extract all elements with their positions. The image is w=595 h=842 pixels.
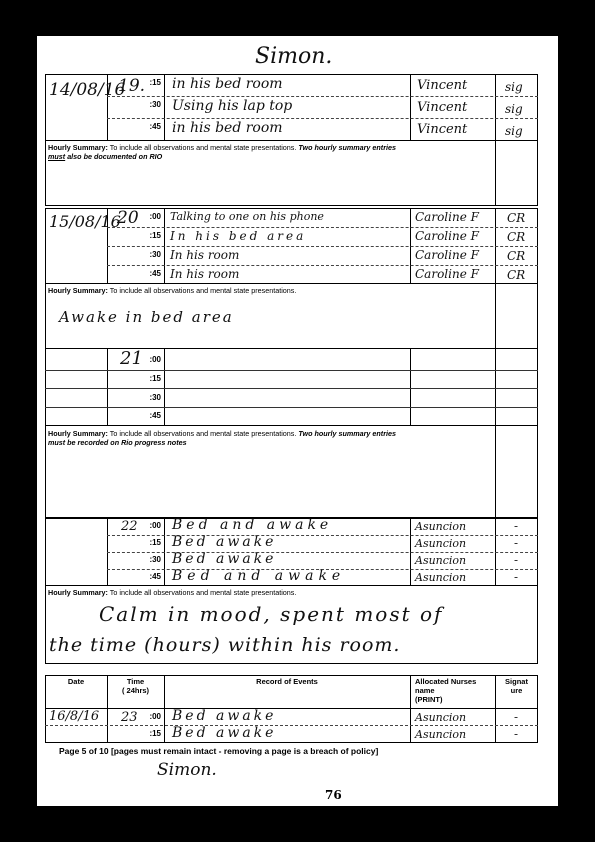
hourly-summary-rio-note: must also be documented on RIO xyxy=(48,152,162,161)
hourly-summary-entry-line2: the time (hours) within his room. xyxy=(49,634,400,656)
nurse-name: Asuncion xyxy=(415,711,466,724)
nurse-name: Asuncion xyxy=(415,554,466,567)
hourly-summary-label: Hourly Summary: To include all observati… xyxy=(48,143,396,152)
patient-name-bottom: Simon. xyxy=(157,760,217,780)
nurse-name: Caroline F xyxy=(415,210,479,224)
event-entry: Bed awake xyxy=(172,534,276,550)
signature: CR xyxy=(507,268,525,282)
event-entry: Bed and awake xyxy=(172,568,345,584)
event-entry: Talking to one on his phone xyxy=(170,210,324,223)
signature: - xyxy=(514,519,518,533)
event-entry: In his room xyxy=(170,267,239,281)
event-entry: Bed awake xyxy=(172,551,276,567)
event-entry: In his room xyxy=(170,248,239,262)
block-23-date: 16/8/16 xyxy=(49,709,99,724)
observation-chart-page: Simon. 14/08/16 19. :15 :30 :45 in his b… xyxy=(37,36,558,806)
signature: sig xyxy=(505,102,523,116)
signature: sig xyxy=(505,80,523,94)
nurse-name: Caroline F xyxy=(415,229,479,243)
column-header-nurse: Allocated Nurses name (PRINT) xyxy=(415,677,495,704)
signature: - xyxy=(514,710,518,724)
event-entry: In his bed area xyxy=(170,229,306,243)
signature: CR xyxy=(507,211,525,225)
signature: - xyxy=(514,570,518,584)
signature: - xyxy=(514,727,518,741)
block-20-date: 15/08/16 xyxy=(49,212,121,231)
hourly-summary-label: Hourly Summary: To include all observati… xyxy=(48,588,296,597)
event-entry: Using his lap top xyxy=(172,98,292,114)
block-19-date: 14/08/16 xyxy=(49,80,125,100)
nurse-name: Caroline F xyxy=(415,267,479,281)
nurse-name: Asuncion xyxy=(415,571,466,584)
signature: sig xyxy=(505,124,523,138)
nurse-name: Vincent xyxy=(417,122,467,137)
event-entry: in his bed room xyxy=(172,120,283,136)
signature: CR xyxy=(507,230,525,244)
nurse-name: Vincent xyxy=(417,78,467,93)
event-entry: Bed awake xyxy=(172,725,276,741)
nurse-name: Caroline F xyxy=(415,248,479,262)
signature: - xyxy=(514,536,518,550)
event-entry: Bed awake xyxy=(172,708,276,724)
page-footer-policy: Page 5 of 10 [pages must remain intact -… xyxy=(59,746,378,756)
patient-name-top: Simon. xyxy=(255,44,332,69)
nurse-name: Asuncion xyxy=(415,728,466,741)
nurse-name: Asuncion xyxy=(415,537,466,550)
nurse-name: Vincent xyxy=(417,100,467,115)
hourly-summary-label: Hourly Summary: To include all observati… xyxy=(48,286,296,295)
hourly-summary-label: Hourly Summary: To include all observati… xyxy=(48,429,396,438)
hourly-summary-entry-line1: Calm in mood, spent most of xyxy=(99,602,443,626)
hourly-summary-entry: Awake in bed area xyxy=(59,308,234,326)
hourly-summary-rio-note: must be recorded on Rio progress notes xyxy=(48,438,187,447)
nurse-name: Asuncion xyxy=(415,520,466,533)
signature: - xyxy=(514,553,518,567)
event-entry: Bed and awake xyxy=(172,517,332,533)
event-entry: in his bed room xyxy=(172,76,283,92)
signature: CR xyxy=(507,249,525,263)
column-header-record: Record of Events xyxy=(164,677,410,686)
column-header-date: Date xyxy=(45,677,107,686)
page-number: 76 xyxy=(325,788,342,802)
column-header-time: Time ( 24hrs) xyxy=(107,677,164,695)
column-header-signature: Signat ure xyxy=(495,677,538,695)
